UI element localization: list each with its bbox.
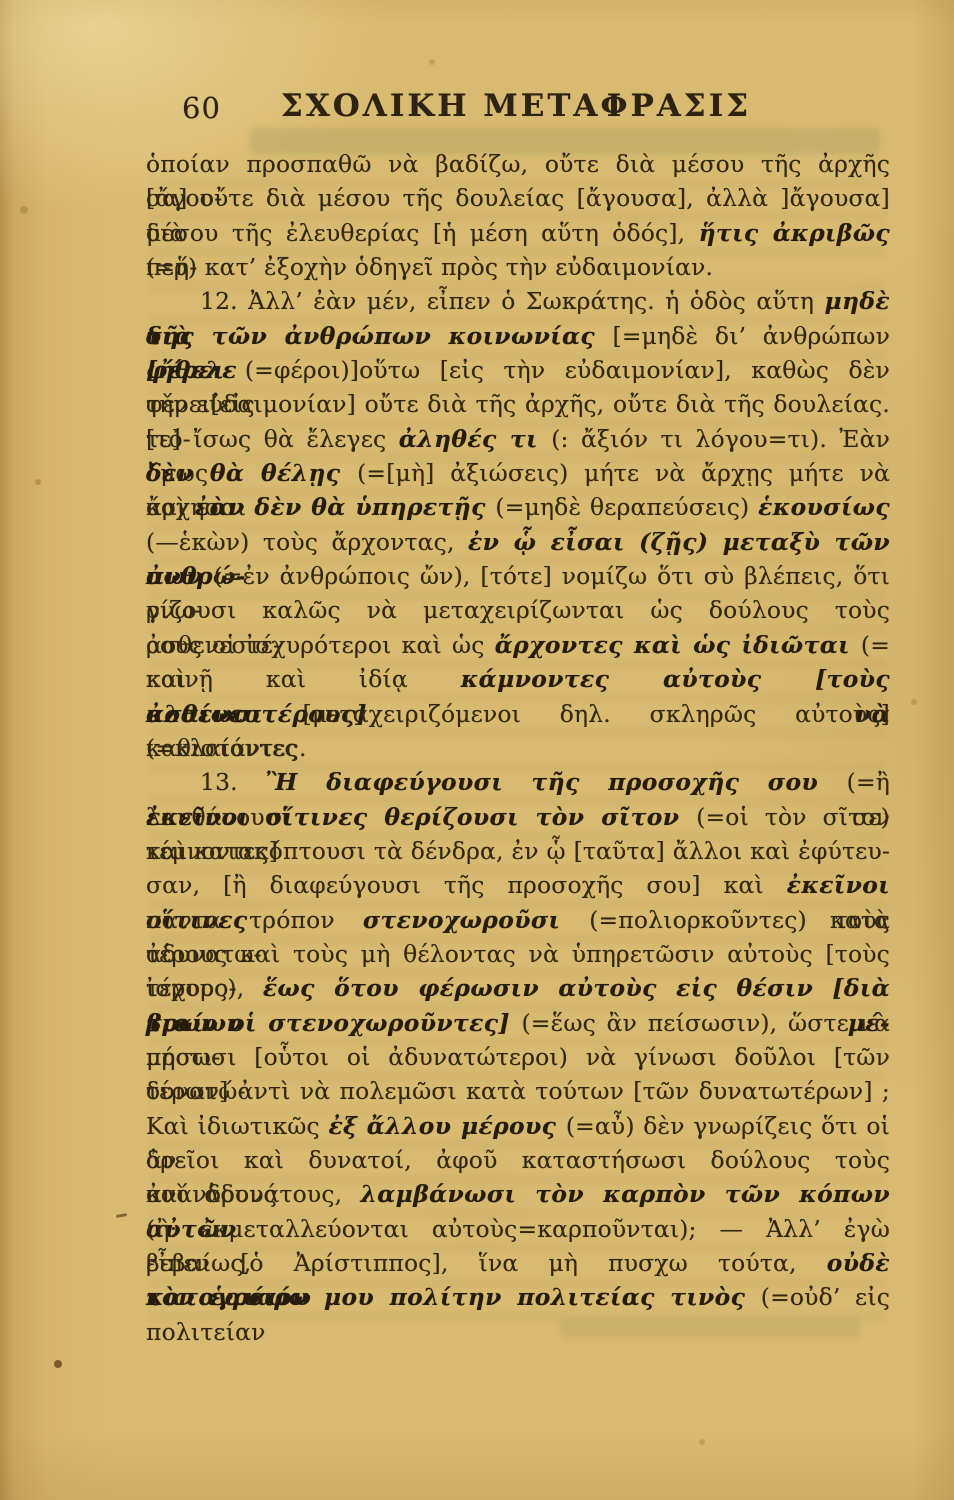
plain-text: καθιστάντες.	[146, 734, 307, 762]
stray-ink-mark	[116, 1213, 127, 1218]
bleedthrough-band	[560, 1318, 860, 1338]
emphasized-text: ἄρχοντες καὶ ὡς ἰδιῶται	[495, 631, 861, 659]
text-line: πων (=ἐν ἀνθρώποις ὤν), [τότε] νομίζω ὅτ…	[146, 559, 890, 593]
emphasized-text: τὸν ἑαυτόν μου πολίτην πολιτείας τινὸς	[146, 1283, 761, 1311]
plain-text: τέρους),	[146, 974, 263, 1002]
text-line: τὴν εὐδαιμονίαν] οὔτε διὰ τῆς ἀρχῆς, οὔτ…	[146, 387, 890, 421]
plain-text: εἶπεν [ὁ Ἀρίστιππος], ἵνα μὴ πυσχω τούτα…	[146, 1249, 827, 1277]
plain-text: καὶ ἀδυνάτους,	[146, 1180, 360, 1208]
page-header: 60 ΣΧΟΛΙΚΗ ΜΕΤΑΦΡΑΣΙΣ	[146, 88, 886, 128]
text-line: ὁποίαν προσπαθῶ νὰ βαδίζω, οὔτε διὰ μέσο…	[146, 147, 890, 181]
emphasized-text: ἐκεῖνοι οἵτινες θερίζουσι τὸν σῖτον	[146, 803, 696, 831]
text-line: τὸν ἑαυτόν μου πολίτην πολιτείας τινὸς (…	[146, 1280, 890, 1314]
text-line: δὲν θὰ θέλῃς (=[μὴ] ἀξιώσεις) μήτε νὰ ἄρ…	[146, 456, 890, 490]
text-line: τέρων] ἀντὶ νὰ πολεμῶσι κατὰ τούτων [τῶν…	[146, 1074, 890, 1108]
emphasized-text: στενοχωροῦσι	[363, 906, 589, 934]
plain-text: περ) κατ’ ἐξοχὴν ὁδηγεῖ πρὸς τὴν εὐδαιμο…	[146, 253, 713, 281]
emphasized-text: φέρει	[146, 356, 245, 384]
plain-text: μέσου τῆς ἐλευθερίας [ἡ μέση αὕτη ὁδός],	[146, 219, 699, 247]
text-line: μέσου τῆς ἐλευθερίας [ἡ μέση αὕτη ὁδός],…	[146, 216, 890, 250]
plain-text: 13.	[200, 768, 265, 796]
plain-text: τέρων] ἀντὶ νὰ πολεμῶσι κατὰ τούτων [τῶν…	[146, 1077, 890, 1105]
text-line: (ἢ: ἐκμεταλλεύονται αὐτοὺς=καρποῦνται); …	[146, 1212, 890, 1246]
emphasized-text: ἑκουσίως	[758, 493, 890, 521]
text-line: φέρει (=φέροι)]οὕτω [εἰς τὴν εὐδαιμονίαν…	[146, 353, 890, 387]
text-line: καὶ ἀδυνάτους, λαμβάνωσι τὸν καρπὸν τῶν …	[146, 1177, 890, 1211]
emphasized-text: τρων οἱ στενοχωροῦντες]	[146, 1009, 521, 1037]
emphasized-text: κλαίωσι	[146, 700, 303, 728]
text-line: καὶ ἐὰν δὲν θὰ ὑπηρετῇς (=μηδὲ θεραπεύσε…	[146, 490, 890, 524]
plain-text: (—ἑκὼν) τοὺς ἄρχοντας,	[146, 528, 468, 556]
text-line: τέρους), ἕως ὅτου φέρωσιν αὐτοὺς εἰς θέσ…	[146, 971, 890, 1005]
text-line: μήσωσι [οὗτοι οἱ ἀδυνατώτεροι) νὰ γίνωσι…	[146, 1040, 890, 1074]
page-title: ΣΧΟΛΙΚΗ ΜΕΤΑΦΡΑΣΙΣ	[146, 88, 886, 124]
plain-text: σαν, [ἢ διαφεύγουσι τῆς προσοχῆς σου] κα…	[146, 871, 787, 899]
text-line: σα] οὔτε διὰ μέσου τῆς δουλείας [ἄγουσα]…	[146, 181, 890, 215]
text-line: περ) κατ’ ἐξοχὴν ὁδηγεῖ πρὸς τὴν εὐδαιμο…	[146, 250, 890, 284]
page-body: ὁποίαν προσπαθῶ νὰ βαδίζω, οὔτε διὰ μέσο…	[146, 147, 890, 1315]
plain-text: κοινῇ καὶ ἰδίᾳ	[146, 665, 461, 693]
text-line: κοινῇ καὶ ἰδίᾳ κάμνοντες αὐτοὺς [τοὺς ἀσ…	[146, 662, 890, 696]
plain-text: [=μηδὲ δι’ ἀνθρώπων	[613, 322, 890, 350]
paper-specks	[0, 0, 4, 4]
plain-text: 12. Ἀλλ’ ἐὰν μέν, εἶπεν ὁ Σωκράτης. ἡ ὁδ…	[200, 287, 824, 315]
text-line: τρων οἱ στενοχωροῦντες] (=ἕως ἂν πείσωσι…	[146, 1006, 890, 1040]
plain-text: ρους οἱ ἰσχυρότεροι καὶ ὡς	[146, 631, 495, 659]
text-line: ρους οἱ ἰσχυρότεροι καὶ ὡς ἄρχοντες καὶ …	[146, 628, 890, 662]
plain-text: τε] ἴσως θὰ ἔλεγες	[146, 425, 399, 453]
plain-text: καὶ κατακόπτουσι τὰ δένδρα, ἐν ᾧ [ταῦτα]…	[146, 837, 890, 865]
text-line: Καὶ ἰδιωτικῶς ἐξ ἄλλου μέρους (=αὖ) δὲν …	[146, 1109, 890, 1143]
text-line: 12. Ἀλλ’ ἐὰν μέν, εἶπεν ὁ Σωκράτης. ἡ ὁδ…	[146, 284, 890, 318]
text-line: σαν, [ἢ διαφεύγουσι τῆς προσοχῆς σου] κα…	[146, 868, 890, 902]
plain-text: (=μηδὲ θεραπεύσεις)	[495, 493, 758, 521]
emphasized-text: πων	[146, 562, 214, 590]
plain-text: καὶ	[146, 493, 195, 521]
text-line: καὶ κατακόπτουσι τὰ δένδρα, ἐν ᾧ [ταῦτα]…	[146, 834, 890, 868]
emphasized-text: τῆς τῶν ἀνθρώπων κοινωνίας	[146, 322, 613, 350]
text-line: ρίζουσι καλῶς νὰ μεταχειρίζωνται ὡς δούλ…	[146, 593, 890, 627]
plain-text: πάντα τρόπον	[146, 906, 363, 934]
emphasized-text: ἥτις ἀκριβῶς	[699, 219, 890, 247]
text-line: κλαίωσι [μεταχειριζόμενοι δηλ. σκληρῶς α…	[146, 697, 890, 731]
text-line: (—ἑκὼν) τοὺς ἄρχοντας, ἐν ᾧ εἶσαι (ζῇς) …	[146, 525, 890, 559]
text-line: τέρους καὶ τοὺς μὴ θέλοντας νὰ ὑπηρετῶσι…	[146, 937, 890, 971]
emphasized-text: ἀληθές τι	[399, 425, 551, 453]
emphasized-text: Ἢ διαφεύγουσι τῆς προσοχῆς σου	[265, 768, 846, 796]
text-line: δρεῖοι καὶ δυνατοί, ἀφοῦ καταστήσωσι δού…	[146, 1143, 890, 1177]
text-line: πάντα τρόπον στενοχωροῦσι (=πολιορκοῦντε…	[146, 903, 890, 937]
plain-text: Καὶ ἰδιωτικῶς	[146, 1112, 328, 1140]
text-line: καθιστάντες.	[146, 731, 890, 765]
text-line: τε] ἴσως θὰ ἔλεγες ἀληθές τι (: ἄξιόν τι…	[146, 422, 890, 456]
text-line: 13. Ἢ διαφεύγουσι τῆς προσοχῆς σου (=ἢ λ…	[146, 765, 890, 799]
emphasized-text: δὲν θὰ θέλῃς	[146, 459, 357, 487]
text-line: τῆς τῶν ἀνθρώπων κοινωνίας [=μηδὲ δι’ ἀν…	[146, 319, 890, 353]
text-line: εἶπεν [ὁ Ἀρίστιππος], ἵνα μὴ πυσχω τούτα…	[146, 1246, 890, 1280]
text-line: ἐκεῖνοι οἵτινες θερίζουσι τὸν σῖτον (=οἱ…	[146, 800, 890, 834]
emphasized-text: ἐὰν δὲν θὰ ὑπηρετῇς	[195, 493, 495, 521]
emphasized-text: ἐξ ἄλλου μέρους	[328, 1112, 565, 1140]
